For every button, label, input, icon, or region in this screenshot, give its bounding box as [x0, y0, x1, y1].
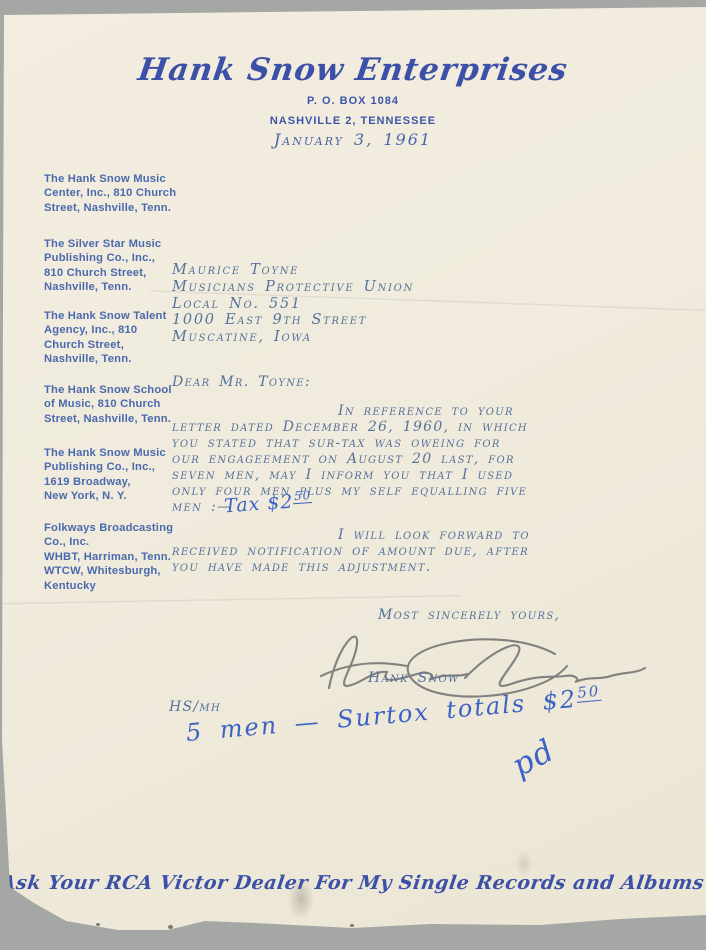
address-line: Co., Inc.: [44, 535, 173, 549]
city-state-line: NASHVILLE 2, TENNESSEE: [0, 115, 706, 127]
address-line: Nashville, Tenn.: [44, 280, 161, 294]
body-line: I will look forward to: [338, 528, 530, 544]
address-line: New York, N. Y.: [44, 489, 166, 503]
recipient-address: Maurice Toyne Musicians Protective Union…: [172, 262, 414, 346]
address-line: 810 Church Street,: [44, 266, 161, 280]
body-line: In reference to your: [338, 404, 528, 420]
paper-speck: [350, 924, 354, 927]
salutation: Dear Mr. Toyne:: [172, 374, 311, 390]
body-line: seven men, may I inform you that I used: [172, 468, 528, 484]
typist-initials: HS/mh: [169, 699, 221, 715]
date-line: January 3, 1961: [0, 130, 706, 149]
address-line: The Hank Snow School: [44, 383, 172, 397]
body-line: our engageement on August 20 last, for: [172, 452, 528, 468]
paper-speck: [168, 925, 173, 929]
recipient-city: Muscatine, Iowa: [172, 329, 414, 346]
address-line: The Hank Snow Music: [44, 446, 166, 460]
address-line: Kentucky: [44, 579, 173, 593]
address-line: Agency, Inc., 810: [44, 323, 167, 337]
footer: Ask Your RCA Victor Dealer For My Single…: [0, 872, 706, 894]
typed-signature-name: Hank Snow: [368, 670, 460, 686]
body-line: received notification of amount due, aft…: [172, 544, 530, 560]
sidebar-entry-silver-star: The Silver Star Music Publishing Co., In…: [44, 237, 161, 295]
address-line: Publishing Co., Inc.,: [44, 251, 161, 265]
sidebar-entry-folkways: Folkways Broadcasting Co., Inc. WHBT, Ha…: [44, 521, 173, 593]
address-line: Publishing Co., Inc.,: [44, 460, 166, 474]
address-line: The Hank Snow Talent: [44, 309, 167, 323]
surtax-note-cents: 50: [576, 682, 602, 703]
body-line: you stated that sur-tax was oweing for: [172, 436, 528, 452]
recipient-name: Maurice Toyne: [172, 262, 414, 279]
address-line: 1619 Broadway,: [44, 475, 166, 489]
scanned-letter: Hank Snow Enterprises P. O. BOX 1084 NAS…: [0, 0, 706, 950]
sidebar-entry-school-of-music: The Hank Snow School of Music, 810 Churc…: [44, 383, 172, 426]
body-line: letter dated December 26, 1960, in which: [172, 420, 528, 436]
smudge-mark: [288, 878, 314, 920]
rca-victor-slogan: Ask Your RCA Victor Dealer For My Single…: [0, 872, 706, 894]
address-line: WTCW, Whitesburgh,: [44, 564, 173, 578]
sidebar-entry-music-center: The Hank Snow Music Center, Inc., 810 Ch…: [44, 172, 176, 215]
handwritten-paid-mark: pd: [506, 732, 561, 784]
sidebar-entry-talent-agency: The Hank Snow Talent Agency, Inc., 810 C…: [44, 309, 167, 367]
address-line: WHBT, Harriman, Tenn.: [44, 550, 173, 564]
address-line: of Music, 810 Church: [44, 397, 172, 411]
address-line: Folkways Broadcasting: [44, 521, 173, 535]
po-box-line: P. O. BOX 1084: [0, 95, 706, 107]
address-line: The Silver Star Music: [44, 237, 161, 251]
address-line: Center, Inc., 810 Church: [44, 186, 176, 200]
inline-tax-cents: 50: [293, 488, 313, 504]
recipient-street: 1000 East 9th Street: [172, 312, 414, 329]
letterhead: Hank Snow Enterprises P. O. BOX 1084 NAS…: [0, 52, 706, 149]
address-line: Street, Nashville, Tenn.: [44, 201, 176, 215]
body-line: you have made this adjustment.: [172, 560, 530, 576]
address-line: Church Street,: [44, 338, 167, 352]
fold-crease-lower: [0, 595, 460, 606]
address-line: Street, Nashville, Tenn.: [44, 412, 172, 426]
sidebar-entry-music-publishing: The Hank Snow Music Publishing Co., Inc.…: [44, 446, 166, 504]
smudge-mark: [514, 850, 534, 878]
paper-speck: [96, 923, 100, 926]
body-paragraph-2: I will look forward to received notifica…: [172, 528, 530, 576]
letter-paper: Hank Snow Enterprises P. O. BOX 1084 NAS…: [0, 0, 706, 950]
address-line: The Hank Snow Music: [44, 172, 176, 186]
address-line: Nashville, Tenn.: [44, 352, 167, 366]
company-name: Hank Snow Enterprises: [0, 52, 706, 88]
